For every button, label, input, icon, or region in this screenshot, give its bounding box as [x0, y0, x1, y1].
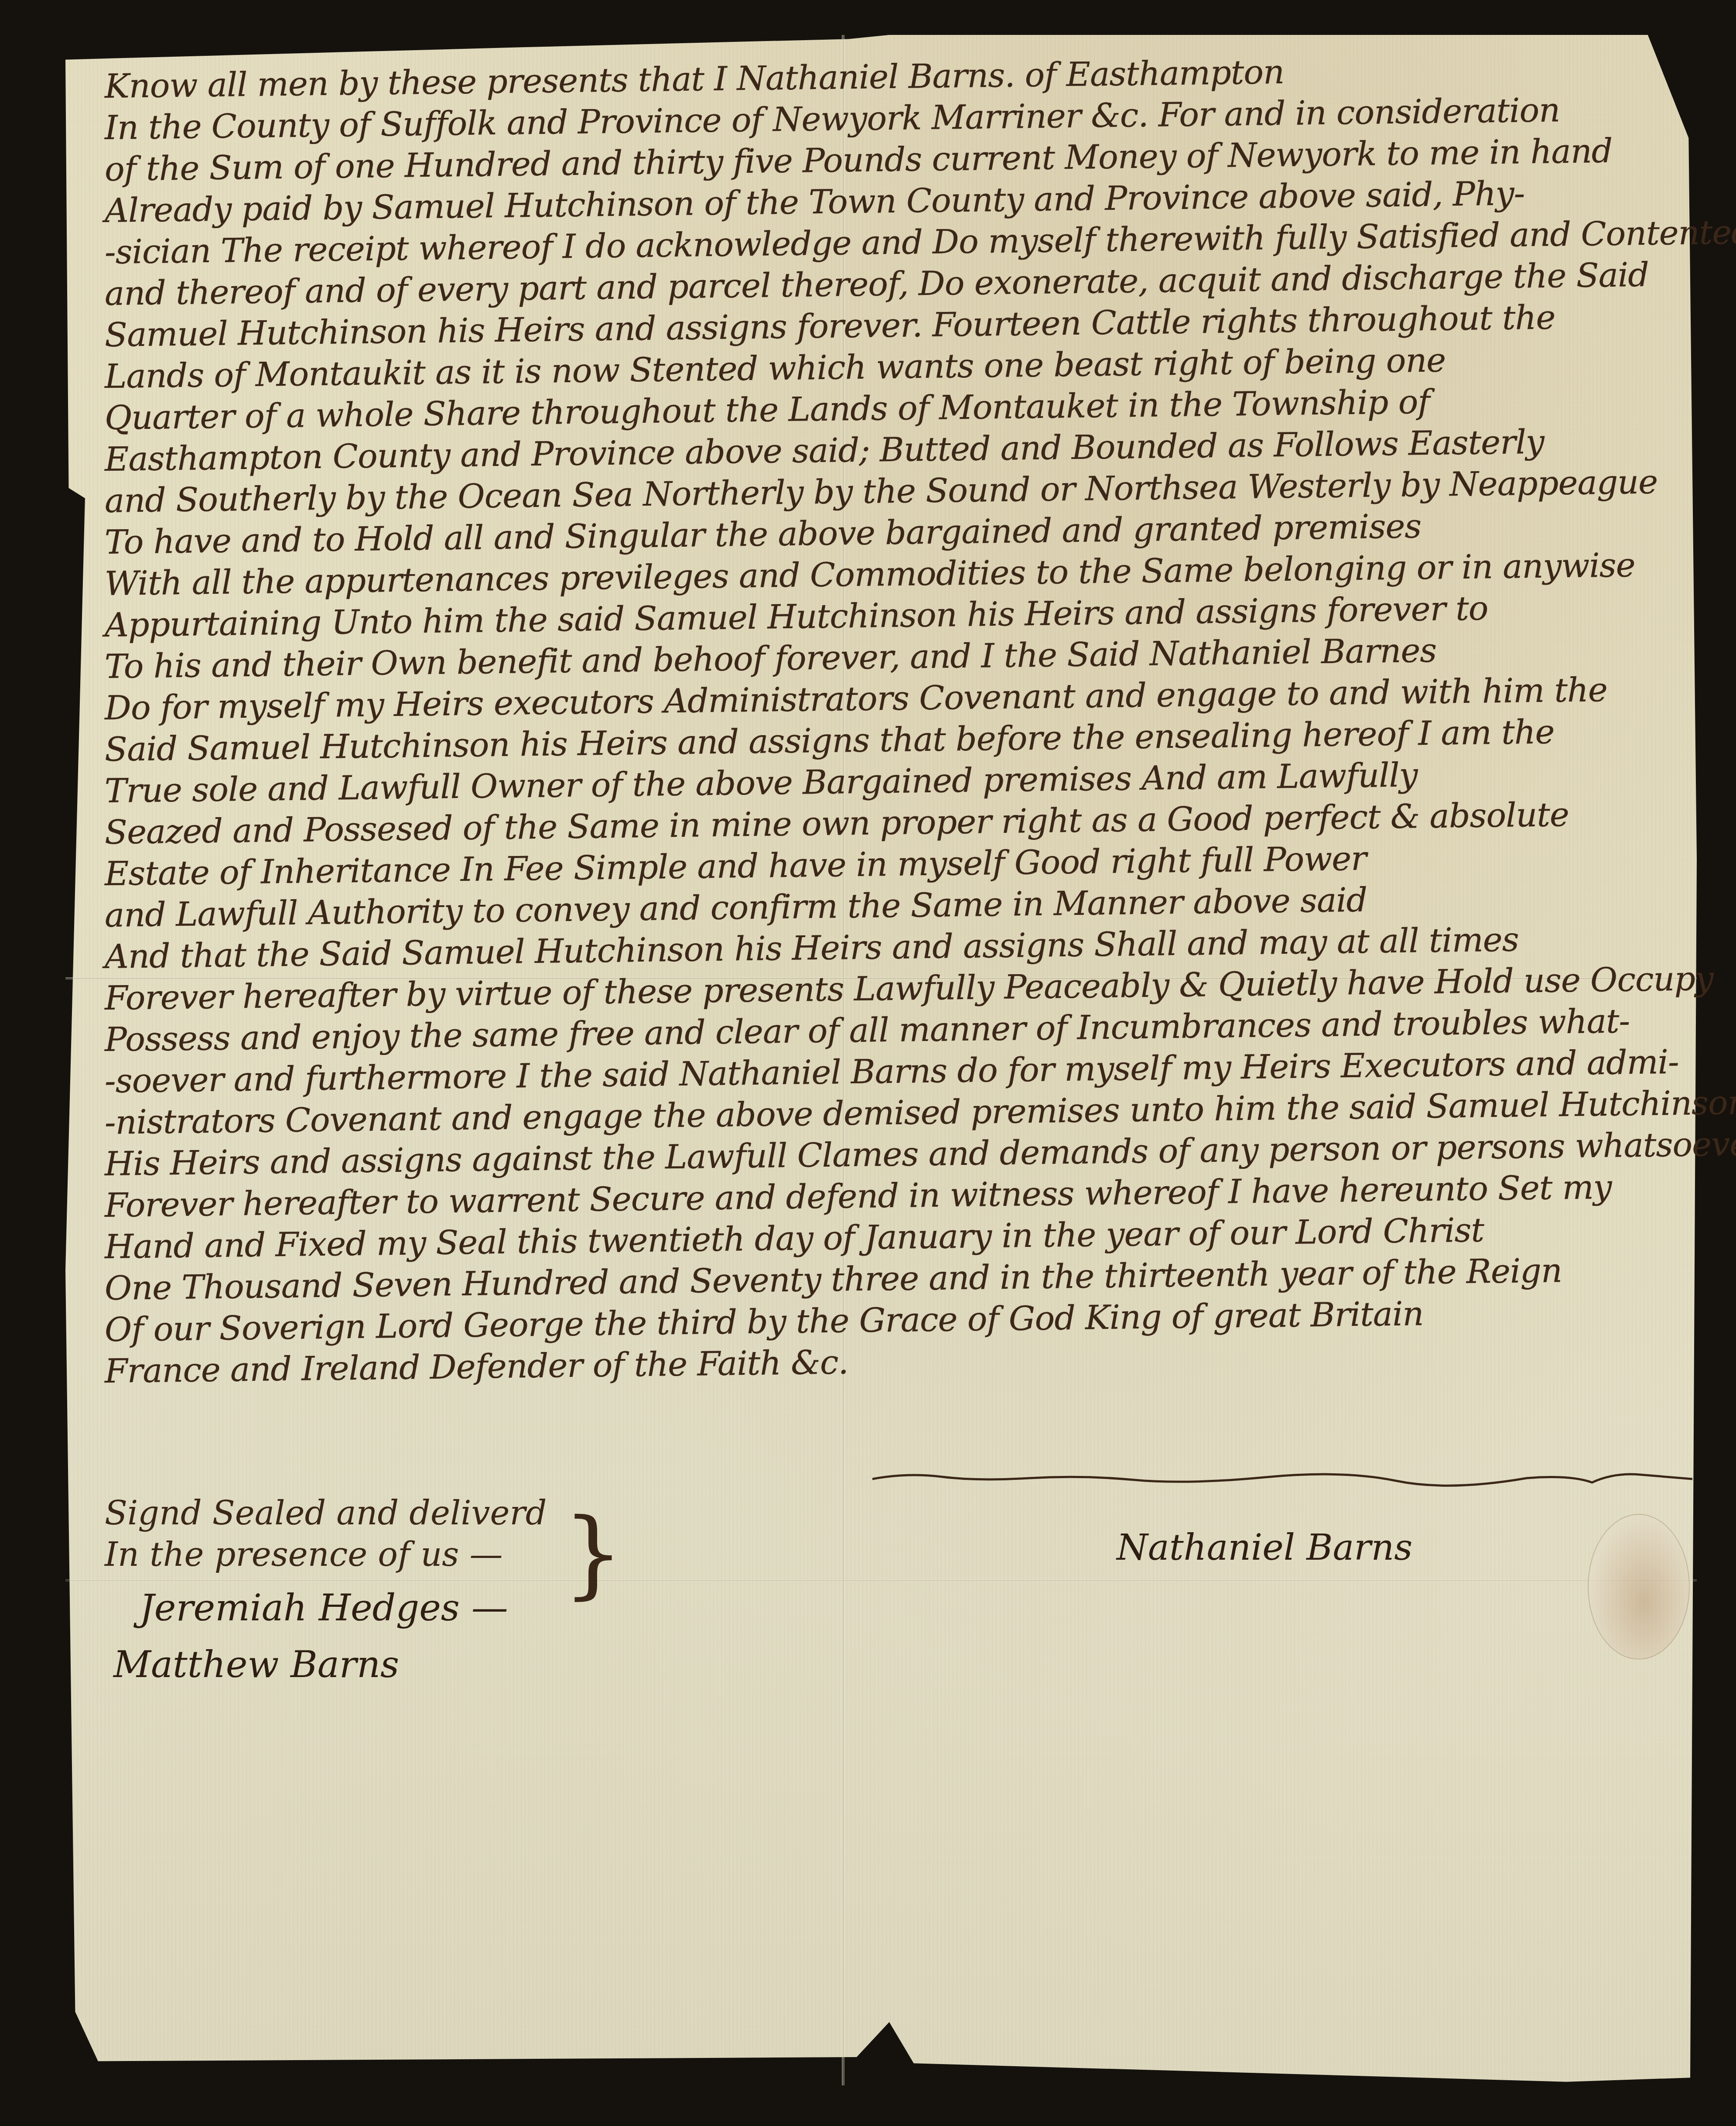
- witness-signature: Matthew Barns: [113, 1636, 508, 1693]
- attestation-block: Signd Sealed and deliverd In the presenc…: [105, 1492, 547, 1575]
- attestation-presence: In the presence of us —: [105, 1534, 547, 1575]
- closing-flourish-line: [872, 1470, 1692, 1488]
- grantor-signature: Nathaniel Barns: [1117, 1527, 1412, 1568]
- attestation-signed-sealed: Signd Sealed and deliverd: [105, 1492, 547, 1534]
- attestation-brace-icon: }: [563, 1510, 624, 1597]
- wax-seal-mark: [1588, 1514, 1690, 1660]
- deed-body: Know all men by these presents that I Na…: [105, 65, 1675, 1392]
- witness-signatures: Jeremiah Hedges — Matthew Barns: [140, 1579, 508, 1693]
- witness-signature: Jeremiah Hedges —: [140, 1579, 508, 1636]
